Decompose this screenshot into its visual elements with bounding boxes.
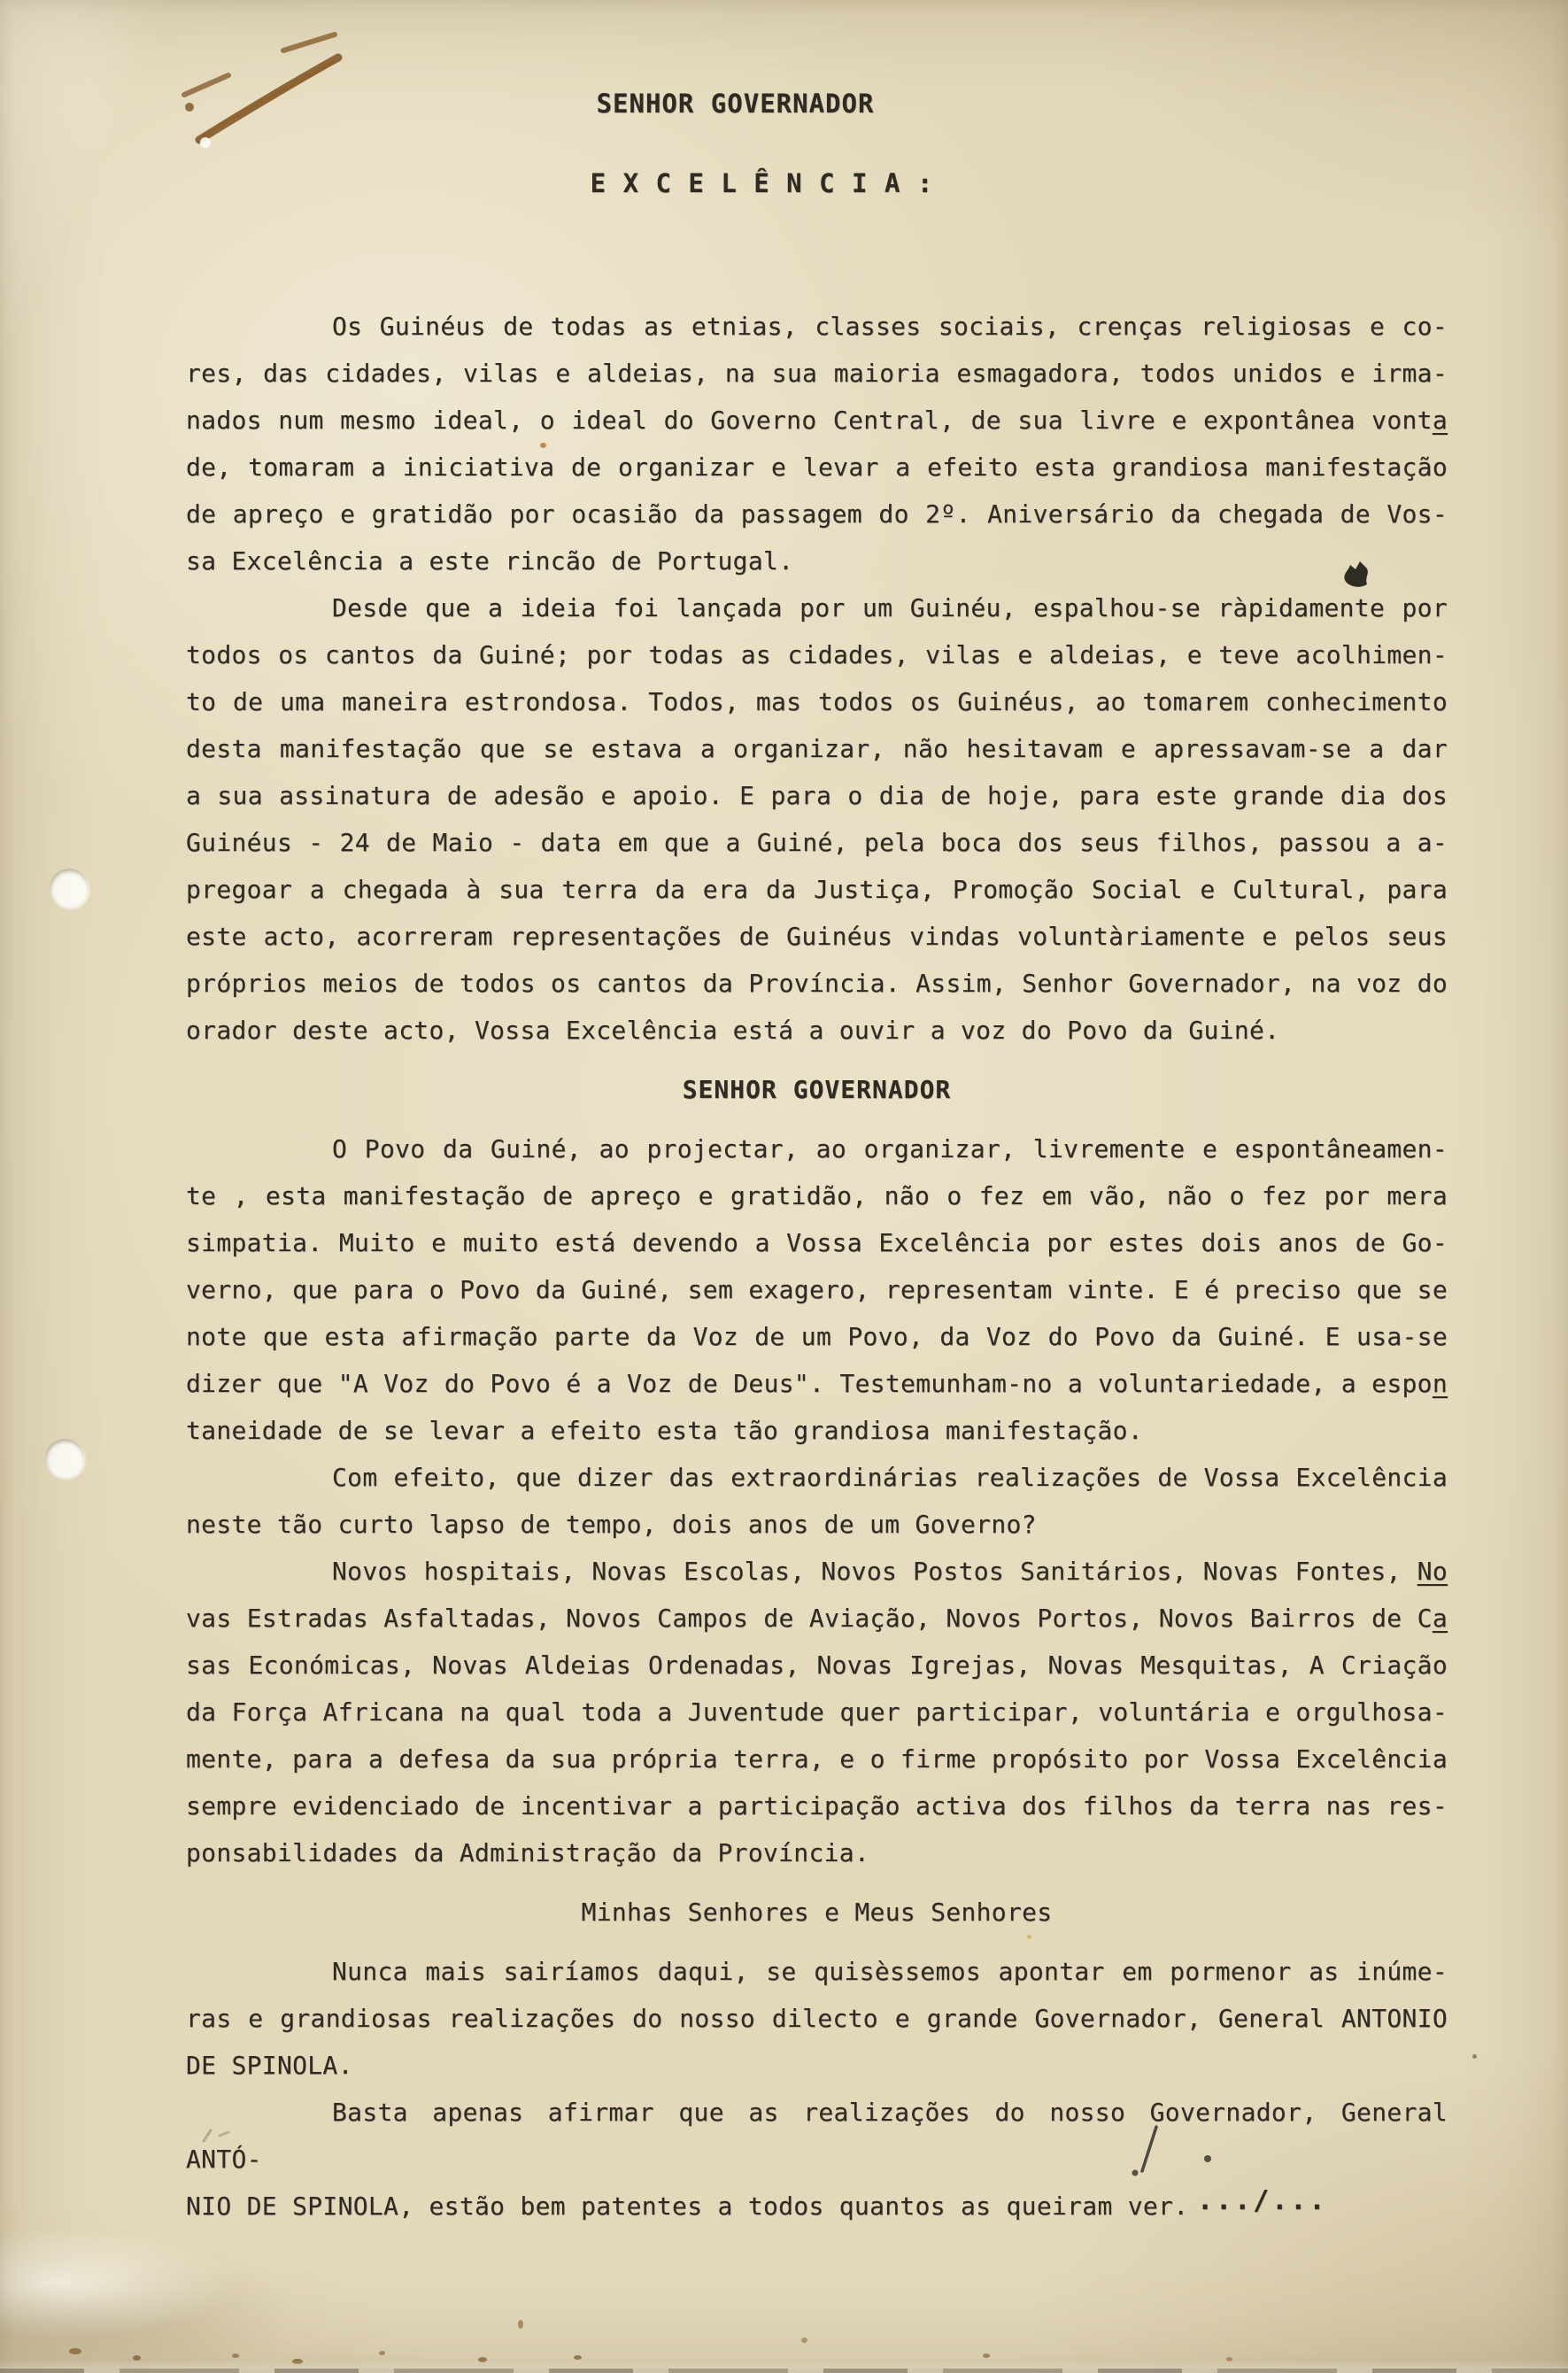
- text-line: Nunca mais sairíamos daqui, se quisèssem…: [186, 1948, 1448, 1995]
- page-title: SENHOR GOVERNADOR: [0, 89, 1471, 119]
- text-line: a sua assinatura de adesão e apoio. E pa…: [186, 772, 1448, 819]
- text-line: to de uma maneira estrondosa. Todos, mas…: [186, 678, 1448, 725]
- text-line: te , esta manifestação de apreço e grati…: [186, 1172, 1448, 1219]
- text-line: pregoar a chegada à sua terra da era da …: [186, 866, 1448, 913]
- text-line: próprios meios de todos os cantos da Pro…: [186, 960, 1448, 1007]
- punch-hole: [45, 1439, 84, 1478]
- scanner-edge-strip: [0, 2369, 1568, 2373]
- text-line: Novos hospitais, Novas Escolas, Novos Po…: [186, 1548, 1448, 1595]
- page-subtitle: E X C E L Ê N C I A :: [0, 168, 1524, 198]
- text-line: sa Excelência a este rincão de Portugal.: [186, 537, 1448, 584]
- heading-line: SENHOR GOVERNADOR: [186, 1066, 1448, 1113]
- heading-line: Minhas Senhores e Meus Senhores: [186, 1889, 1448, 1936]
- text-line: ponsabilidades da Administração da Proví…: [186, 1829, 1448, 1876]
- text-line: neste tão curto lapso de tempo, dois ano…: [186, 1501, 1448, 1548]
- underlined-syllable: n: [1433, 1369, 1448, 1398]
- paper-speck: [518, 2320, 523, 2329]
- text-line: Os Guinéus de todas as etnias, classes s…: [186, 303, 1448, 350]
- paper-speck: [540, 443, 546, 448]
- text-line: taneidade de se levar a efeito esta tão …: [186, 1407, 1448, 1454]
- text-line: mente, para a defesa da sua própria terr…: [186, 1735, 1448, 1782]
- text-line: simpatia. Muito e muito está devendo a V…: [186, 1219, 1448, 1266]
- punch-hole: [50, 869, 89, 908]
- paper-speck: [69, 2348, 81, 2354]
- text-line: da Força Africana na qual toda a Juventu…: [186, 1689, 1448, 1735]
- underlined-syllable: a: [1433, 406, 1448, 435]
- text-line: orador deste acto, Vossa Excelência está…: [186, 1007, 1448, 1054]
- text-line: Guinéus - 24 de Maio - data em que a Gui…: [186, 819, 1448, 866]
- text-line: Com efeito, que dizer das extraordinária…: [186, 1454, 1448, 1501]
- text-line: Basta apenas afirmar que as realizações …: [186, 2089, 1448, 2183]
- text-line: note que esta afirmação parte da Voz de …: [186, 1313, 1448, 1360]
- document-body: Os Guinéus de todas as etnias, classes s…: [186, 303, 1448, 2230]
- pen-check-mark: [1123, 2118, 1238, 2180]
- text-line: desta manifestação que se estava a organ…: [186, 725, 1448, 772]
- paper-speck: [983, 2354, 990, 2358]
- continuation-mark: .../...: [1197, 2185, 1418, 2216]
- text-line: dizer que "A Voz do Povo é a Voz de Deus…: [186, 1360, 1448, 1407]
- text-line: este acto, acorreram representações de G…: [186, 913, 1448, 960]
- text-line: Desde que a ideia foi lançada por um Gui…: [186, 584, 1448, 631]
- text-line: ras e grandiosas realizações do nosso di…: [186, 1995, 1448, 2042]
- text-line: res, das cidades, vilas e aldeias, na su…: [186, 350, 1448, 397]
- paper-speck: [1472, 2054, 1477, 2059]
- text-line: O Povo da Guiné, ao projectar, ao organi…: [186, 1125, 1448, 1172]
- text-line: DE SPINOLA.: [186, 2042, 1448, 2089]
- text-line: sempre evidenciado de incentivar a parti…: [186, 1782, 1448, 1829]
- scanned-page: SENHOR GOVERNADOR E X C E L Ê N C I A : …: [0, 0, 1568, 2373]
- text-line: sas Económicas, Novas Aldeias Ordenadas,…: [186, 1642, 1448, 1689]
- pencil-ticks-mark: [197, 2122, 276, 2157]
- paper-speck: [232, 2354, 239, 2358]
- paper-speck: [801, 2338, 807, 2343]
- text-line: de, tomaram a iniciativa de organizar e …: [186, 444, 1448, 491]
- underlined-syllable: No: [1417, 1557, 1448, 1586]
- text-line: vas Estradas Asfaltadas, Novos Campos de…: [186, 1595, 1448, 1642]
- underlined-syllable: a: [1433, 1604, 1448, 1633]
- text-line: verno, que para o Povo da Guiné, sem exa…: [186, 1266, 1448, 1313]
- paper-speck: [379, 2351, 385, 2355]
- paper-speck: [1027, 1935, 1031, 1939]
- text-line: todos os cantos da Guiné; por todas as c…: [186, 631, 1448, 678]
- text-line: nados num mesmo ideal, o ideal do Govern…: [186, 397, 1448, 444]
- text-line: de apreço e gratidão por ocasião da pass…: [186, 491, 1448, 537]
